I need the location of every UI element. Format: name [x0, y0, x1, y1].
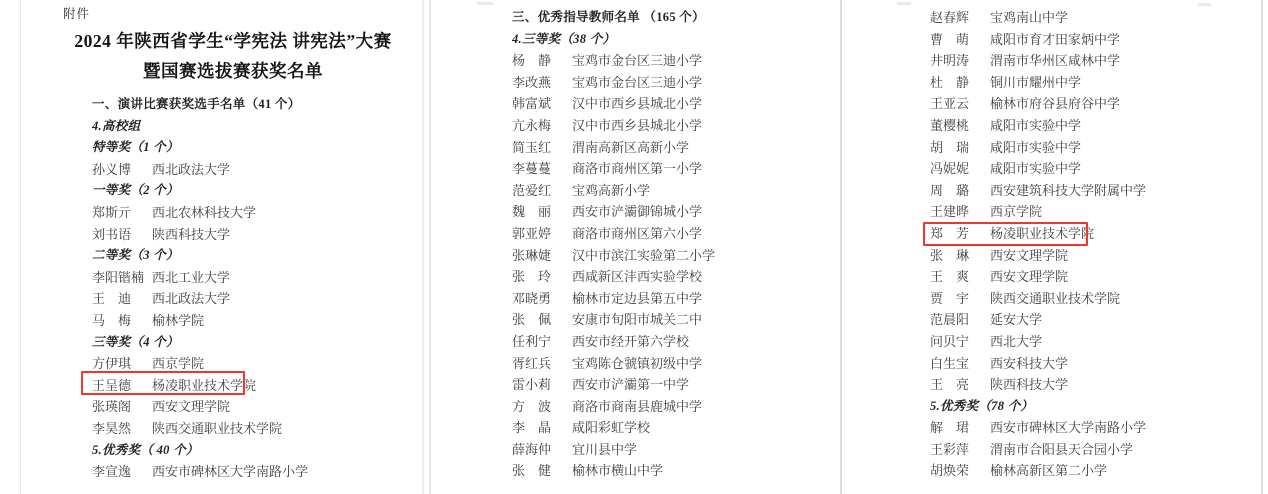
- award-tier-heading: 5.优秀奖（78 个）: [930, 396, 1264, 418]
- person-name: 李阳锴楠: [92, 267, 152, 289]
- award-row: 王 亮陕西科技大学: [930, 374, 1264, 396]
- person-name: 董樱桃: [930, 115, 990, 137]
- highlight-box-teacher: [923, 222, 1088, 246]
- person-name: 郭亚婷: [512, 223, 572, 245]
- person-name: 杜 静: [930, 72, 990, 94]
- award-tier-heading: 4.高校组: [92, 116, 415, 138]
- award-row: 韩富斌汉中市西乡县城北小学: [512, 93, 850, 115]
- organization-name: 西安文理学院: [990, 266, 1068, 288]
- person-name: 曹 萌: [930, 29, 990, 51]
- organization-name: 汉中市滨江实验第二小学: [572, 245, 715, 267]
- award-row: 亢永梅汉中市西乡县城北小学: [512, 115, 850, 137]
- person-name: 任利宁: [512, 331, 572, 353]
- person-name: 王 爽: [930, 266, 990, 288]
- organization-name: 宝鸡南山中学: [990, 7, 1068, 29]
- award-row: 解 珺西安市碑林区大学南路小学: [930, 417, 1264, 439]
- organization-name: 咸阳彩虹学校: [572, 417, 650, 439]
- person-name: 范晨阳: [930, 309, 990, 331]
- organization-name: 咸阳市育才田家炳中学: [990, 29, 1120, 51]
- organization-name: 渭南市合阳县天合园小学: [990, 439, 1133, 461]
- person-name: 王 迪: [92, 288, 152, 310]
- award-row: 薛海仲宜川县中学: [512, 439, 850, 461]
- award-row: 赵春辉宝鸡南山中学: [930, 7, 1264, 29]
- page-separator-1b: [429, 0, 431, 494]
- organization-name: 陕西交通职业技术学院: [990, 288, 1120, 310]
- highlight-box-winner: [81, 371, 245, 395]
- person-name: 问贝宁: [930, 331, 990, 353]
- person-name: 薛海仲: [512, 439, 572, 461]
- award-row: 刘书语陕西科技大学: [92, 224, 415, 246]
- person-name: 张 健: [512, 460, 572, 482]
- organization-name: 榆林市横山中学: [572, 460, 663, 482]
- person-name: 李蔓蔓: [512, 158, 572, 180]
- award-row: 李改燕宝鸡市金台区三迪小学: [512, 72, 850, 94]
- person-name: 解 珺: [930, 417, 990, 439]
- organization-name: 咸阳市实验中学: [990, 158, 1081, 180]
- person-name: 雷小莉: [512, 374, 572, 396]
- award-tier-heading: 一等奖（2 个）: [92, 180, 415, 202]
- organization-name: 宝鸡高新小学: [572, 180, 650, 202]
- organization-name: 西咸新区沣西实验学校: [572, 266, 702, 288]
- section-heading: 三、优秀指导教师名单 （165 个）: [512, 7, 850, 29]
- document-title-line1: 2024 年陕西省学生“学宪法 讲宪法”大赛: [63, 26, 403, 56]
- organization-name: 西京学院: [990, 201, 1042, 223]
- organization-name: 商洛市商州区第六小学: [572, 223, 702, 245]
- award-row: 简玉红渭南高新区高新小学: [512, 137, 850, 159]
- person-name: 井明涛: [930, 50, 990, 72]
- award-row: 李阳锴楠西北工业大学: [92, 267, 415, 289]
- person-name: 冯妮妮: [930, 158, 990, 180]
- person-name: 贾 宇: [930, 288, 990, 310]
- organization-name: 西安市经开第六学校: [572, 331, 689, 353]
- column-1-rows: 一、演讲比赛获奖选手名单（41 个）4.高校组特等奖（1 个）孙义博西北政法大学…: [63, 94, 415, 483]
- organization-name: 榆林市府谷县府谷中学: [990, 93, 1120, 115]
- person-name: 周 璐: [930, 180, 990, 202]
- award-row: 张 健榆林市横山中学: [512, 460, 850, 482]
- award-row: 张 佩安康市旬阳市城关二中: [512, 309, 850, 331]
- award-row: 周 璐西安建筑科技大学附属中学: [930, 180, 1264, 202]
- organization-name: 汉中市西乡县城北小学: [572, 115, 702, 137]
- person-name: 白生宝: [930, 353, 990, 375]
- person-name: 王建晔: [930, 201, 990, 223]
- award-row: 张琳婕汉中市滨江实验第二小学: [512, 245, 850, 267]
- column-2: 三、优秀指导教师名单 （165 个）4.三等奖（38 个）杨 静宝鸡市金台区三迪…: [510, 7, 850, 482]
- person-name: 韩富斌: [512, 93, 572, 115]
- document-page: 附件 2024 年陕西省学生“学宪法 讲宪法”大赛 暨国赛选拔赛获奖名单 一、演…: [0, 0, 1268, 494]
- organization-name: 陕西交通职业技术学院: [152, 418, 282, 440]
- award-row: 马 梅榆林学院: [92, 310, 415, 332]
- organization-name: 西北农林科技大学: [152, 202, 256, 224]
- award-row: 李蔓蔓商洛市商州区第一小学: [512, 158, 850, 180]
- person-name: 魏 丽: [512, 201, 572, 223]
- award-row: 郑斯亓西北农林科技大学: [92, 202, 415, 224]
- person-name: 王亚云: [930, 93, 990, 115]
- organization-name: 榆林市定边县第五中学: [572, 288, 702, 310]
- person-name: 胡焕荣: [930, 460, 990, 482]
- organization-name: 西安市浐灞第一中学: [572, 374, 689, 396]
- award-tier-heading: 5.优秀奖（ 40 个）: [92, 440, 415, 462]
- award-row: 胡焕荣榆林高新区第二小学: [930, 460, 1264, 482]
- award-row: 范爱红宝鸡高新小学: [512, 180, 850, 202]
- award-row: 孙义博西北政法大学: [92, 159, 415, 181]
- award-row: 雷小莉西安市浐灞第一中学: [512, 374, 850, 396]
- organization-name: 西北政法大学: [152, 159, 230, 181]
- award-row: 方 波商洛市商南县鹿城中学: [512, 396, 850, 418]
- person-name: 范爱红: [512, 180, 572, 202]
- person-name: 李改燕: [512, 72, 572, 94]
- award-row: 杨 静宝鸡市金台区三迪小学: [512, 50, 850, 72]
- organization-name: 咸阳市实验中学: [990, 115, 1081, 137]
- page-corner-tick-2: [897, 2, 911, 5]
- award-row: 胡 瑞咸阳市实验中学: [930, 137, 1264, 159]
- organization-name: 陕西科技大学: [152, 224, 230, 246]
- award-tier-heading: 特等奖（1 个）: [92, 137, 415, 159]
- organization-name: 铜川市耀州中学: [990, 72, 1081, 94]
- organization-name: 西安市碑林区大学南路小学: [990, 417, 1146, 439]
- person-name: 杨 静: [512, 50, 572, 72]
- person-name: 胥红兵: [512, 353, 572, 375]
- award-row: 王亚云榆林市府谷县府谷中学: [930, 93, 1264, 115]
- person-name: 刘书语: [92, 224, 152, 246]
- page-separator-1a: [422, 0, 424, 494]
- organization-name: 宜川县中学: [572, 439, 637, 461]
- person-name: 孙义博: [92, 159, 152, 181]
- person-name: 张 玲: [512, 266, 572, 288]
- award-tier-heading: 二等奖（3 个）: [92, 245, 415, 267]
- person-name: 胡 瑞: [930, 137, 990, 159]
- award-tier-heading: 4.三等奖（38 个）: [512, 29, 850, 51]
- award-row: 张 玲西咸新区沣西实验学校: [512, 266, 850, 288]
- organization-name: 延安大学: [990, 309, 1042, 331]
- organization-name: 西安文理学院: [152, 396, 230, 418]
- attachment-label: 附件: [63, 4, 415, 22]
- award-row: 李 晶咸阳彩虹学校: [512, 417, 850, 439]
- document-title-line2: 暨国赛选拔赛获奖名单: [63, 56, 403, 86]
- person-name: 王彩萍: [930, 439, 990, 461]
- page-corner-tick-1: [477, 2, 493, 5]
- person-name: 李昊然: [92, 418, 152, 440]
- section-heading: 一、演讲比赛获奖选手名单（41 个）: [92, 94, 415, 116]
- award-row: 董樱桃咸阳市实验中学: [930, 115, 1264, 137]
- person-name: 马 梅: [92, 310, 152, 332]
- organization-name: 商洛市商南县鹿城中学: [572, 396, 702, 418]
- person-name: 李 晶: [512, 417, 572, 439]
- organization-name: 咸阳市实验中学: [990, 137, 1081, 159]
- person-name: 李宣逸: [92, 461, 152, 483]
- organization-name: 渭南高新区高新小学: [572, 137, 689, 159]
- person-name: 王 亮: [930, 374, 990, 396]
- award-tier-heading: 三等奖（4 个）: [92, 332, 415, 354]
- award-row: 贾 宇陕西交通职业技术学院: [930, 288, 1264, 310]
- page-edge-left: [20, 0, 21, 494]
- person-name: 赵春辉: [930, 7, 990, 29]
- organization-name: 西安市碑林区大学南路小学: [152, 461, 308, 483]
- organization-name: 陕西科技大学: [990, 374, 1068, 396]
- person-name: 亢永梅: [512, 115, 572, 137]
- award-row: 任利宁西安市经开第六学校: [512, 331, 850, 353]
- award-row: 邓晓勇榆林市定边县第五中学: [512, 288, 850, 310]
- organization-name: 榆林高新区第二小学: [990, 460, 1107, 482]
- person-name: 张琳婕: [512, 245, 572, 267]
- organization-name: 西安文理学院: [990, 245, 1068, 267]
- organization-name: 商洛市商州区第一小学: [572, 158, 702, 180]
- person-name: 简玉红: [512, 137, 572, 159]
- award-row: 王 迪西北政法大学: [92, 288, 415, 310]
- award-row: 王彩萍渭南市合阳县天合园小学: [930, 439, 1264, 461]
- award-row: 白生宝西安科技大学: [930, 353, 1264, 375]
- award-row: 胥红兵宝鸡陈仓虢镇初级中学: [512, 353, 850, 375]
- organization-name: 西北政法大学: [152, 288, 230, 310]
- page-corner-tick-3: [1198, 3, 1211, 6]
- award-row: 魏 丽西安市浐灞御锦城小学: [512, 201, 850, 223]
- award-row: 冯妮妮咸阳市实验中学: [930, 158, 1264, 180]
- award-row: 张瑛阁西安文理学院: [92, 396, 415, 418]
- person-name: 张 佩: [512, 309, 572, 331]
- organization-name: 宝鸡陈仓虢镇初级中学: [572, 353, 702, 375]
- award-row: 李宣逸西安市碑林区大学南路小学: [92, 461, 415, 483]
- organization-name: 宝鸡市金台区三迪小学: [572, 72, 702, 94]
- organization-name: 西安市浐灞御锦城小学: [572, 201, 702, 223]
- award-row: 问贝宁西北大学: [930, 331, 1264, 353]
- award-row: 李昊然陕西交通职业技术学院: [92, 418, 415, 440]
- organization-name: 西北工业大学: [152, 267, 230, 289]
- award-row: 井明涛渭南市华州区咸林中学: [930, 50, 1264, 72]
- award-row: 张 琳西安文理学院: [930, 245, 1264, 267]
- award-row: 郭亚婷商洛市商州区第六小学: [512, 223, 850, 245]
- award-row: 杜 静铜川市耀州中学: [930, 72, 1264, 94]
- organization-name: 西北大学: [990, 331, 1042, 353]
- person-name: 郑斯亓: [92, 202, 152, 224]
- organization-name: 宝鸡市金台区三迪小学: [572, 50, 702, 72]
- column-2-rows: 三、优秀指导教师名单 （165 个）4.三等奖（38 个）杨 静宝鸡市金台区三迪…: [510, 7, 850, 482]
- person-name: 张瑛阁: [92, 396, 152, 418]
- column-1: 附件 2024 年陕西省学生“学宪法 讲宪法”大赛 暨国赛选拔赛获奖名单 一、演…: [63, 4, 415, 483]
- award-row: 曹 萌咸阳市育才田家炳中学: [930, 29, 1264, 51]
- organization-name: 汉中市西乡县城北小学: [572, 93, 702, 115]
- person-name: 邓晓勇: [512, 288, 572, 310]
- organization-name: 榆林学院: [152, 310, 204, 332]
- organization-name: 渭南市华州区咸林中学: [990, 50, 1120, 72]
- award-row: 王建晔西京学院: [930, 201, 1264, 223]
- person-name: 方 波: [512, 396, 572, 418]
- organization-name: 西安建筑科技大学附属中学: [990, 180, 1146, 202]
- award-row: 王 爽西安文理学院: [930, 266, 1264, 288]
- award-row: 范晨阳延安大学: [930, 309, 1264, 331]
- organization-name: 西安科技大学: [990, 353, 1068, 375]
- person-name: 张 琳: [930, 245, 990, 267]
- organization-name: 安康市旬阳市城关二中: [572, 309, 702, 331]
